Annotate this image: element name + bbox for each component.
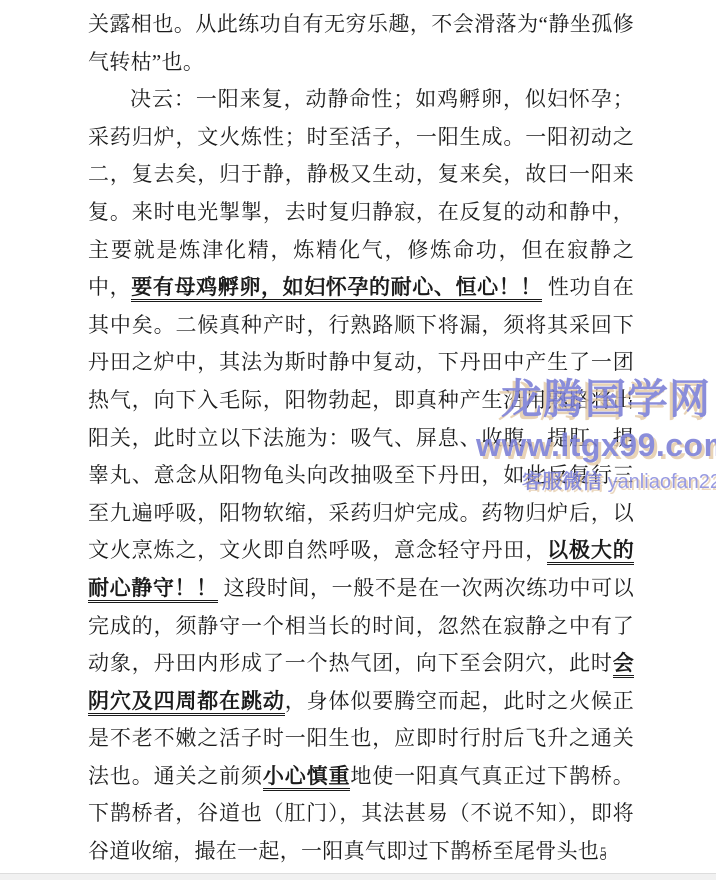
paragraph-continuation: 关露相也。从此练功自有无穷乐趣，不会滑落为“静坐孤修气转枯”也。 <box>88 6 634 81</box>
page-number: 5 <box>600 844 607 860</box>
viewer-bottom-bar <box>0 873 716 880</box>
paragraph-text: 关露相也。从此练功自有无穷乐趣，不会滑落为“静坐孤修气转枯”也。 <box>88 12 634 74</box>
paragraph-main: 决云：一阳来复，动静命性；如鸡孵卵，似妇怀孕；采药归炉，文火炼性；时至活子，一阳… <box>88 81 634 870</box>
emphasis-run: 要有母鸡孵卵，如妇怀孕的耐心、恒心！！ <box>131 275 542 302</box>
document-body-text: 关露相也。从此练功自有无穷乐趣，不会滑落为“静坐孤修气转枯”也。 决云：一阳来复… <box>88 6 634 871</box>
emphasis-run: 小心慎重 <box>263 764 350 791</box>
document-page: 关露相也。从此练功自有无穷乐趣，不会滑落为“静坐孤修气转枯”也。 决云：一阳来复… <box>0 0 716 880</box>
text-run: 决云：一阳来复，动静命性；如鸡孵卵，似妇怀孕；采药归炉，文火炼性；时至活子，一阳… <box>88 87 634 299</box>
text-run: 性功自在其中矣。二候真种产时，行熟路顺下将漏，须将其采回下丹田之炉中，其法为斯时… <box>88 275 634 562</box>
